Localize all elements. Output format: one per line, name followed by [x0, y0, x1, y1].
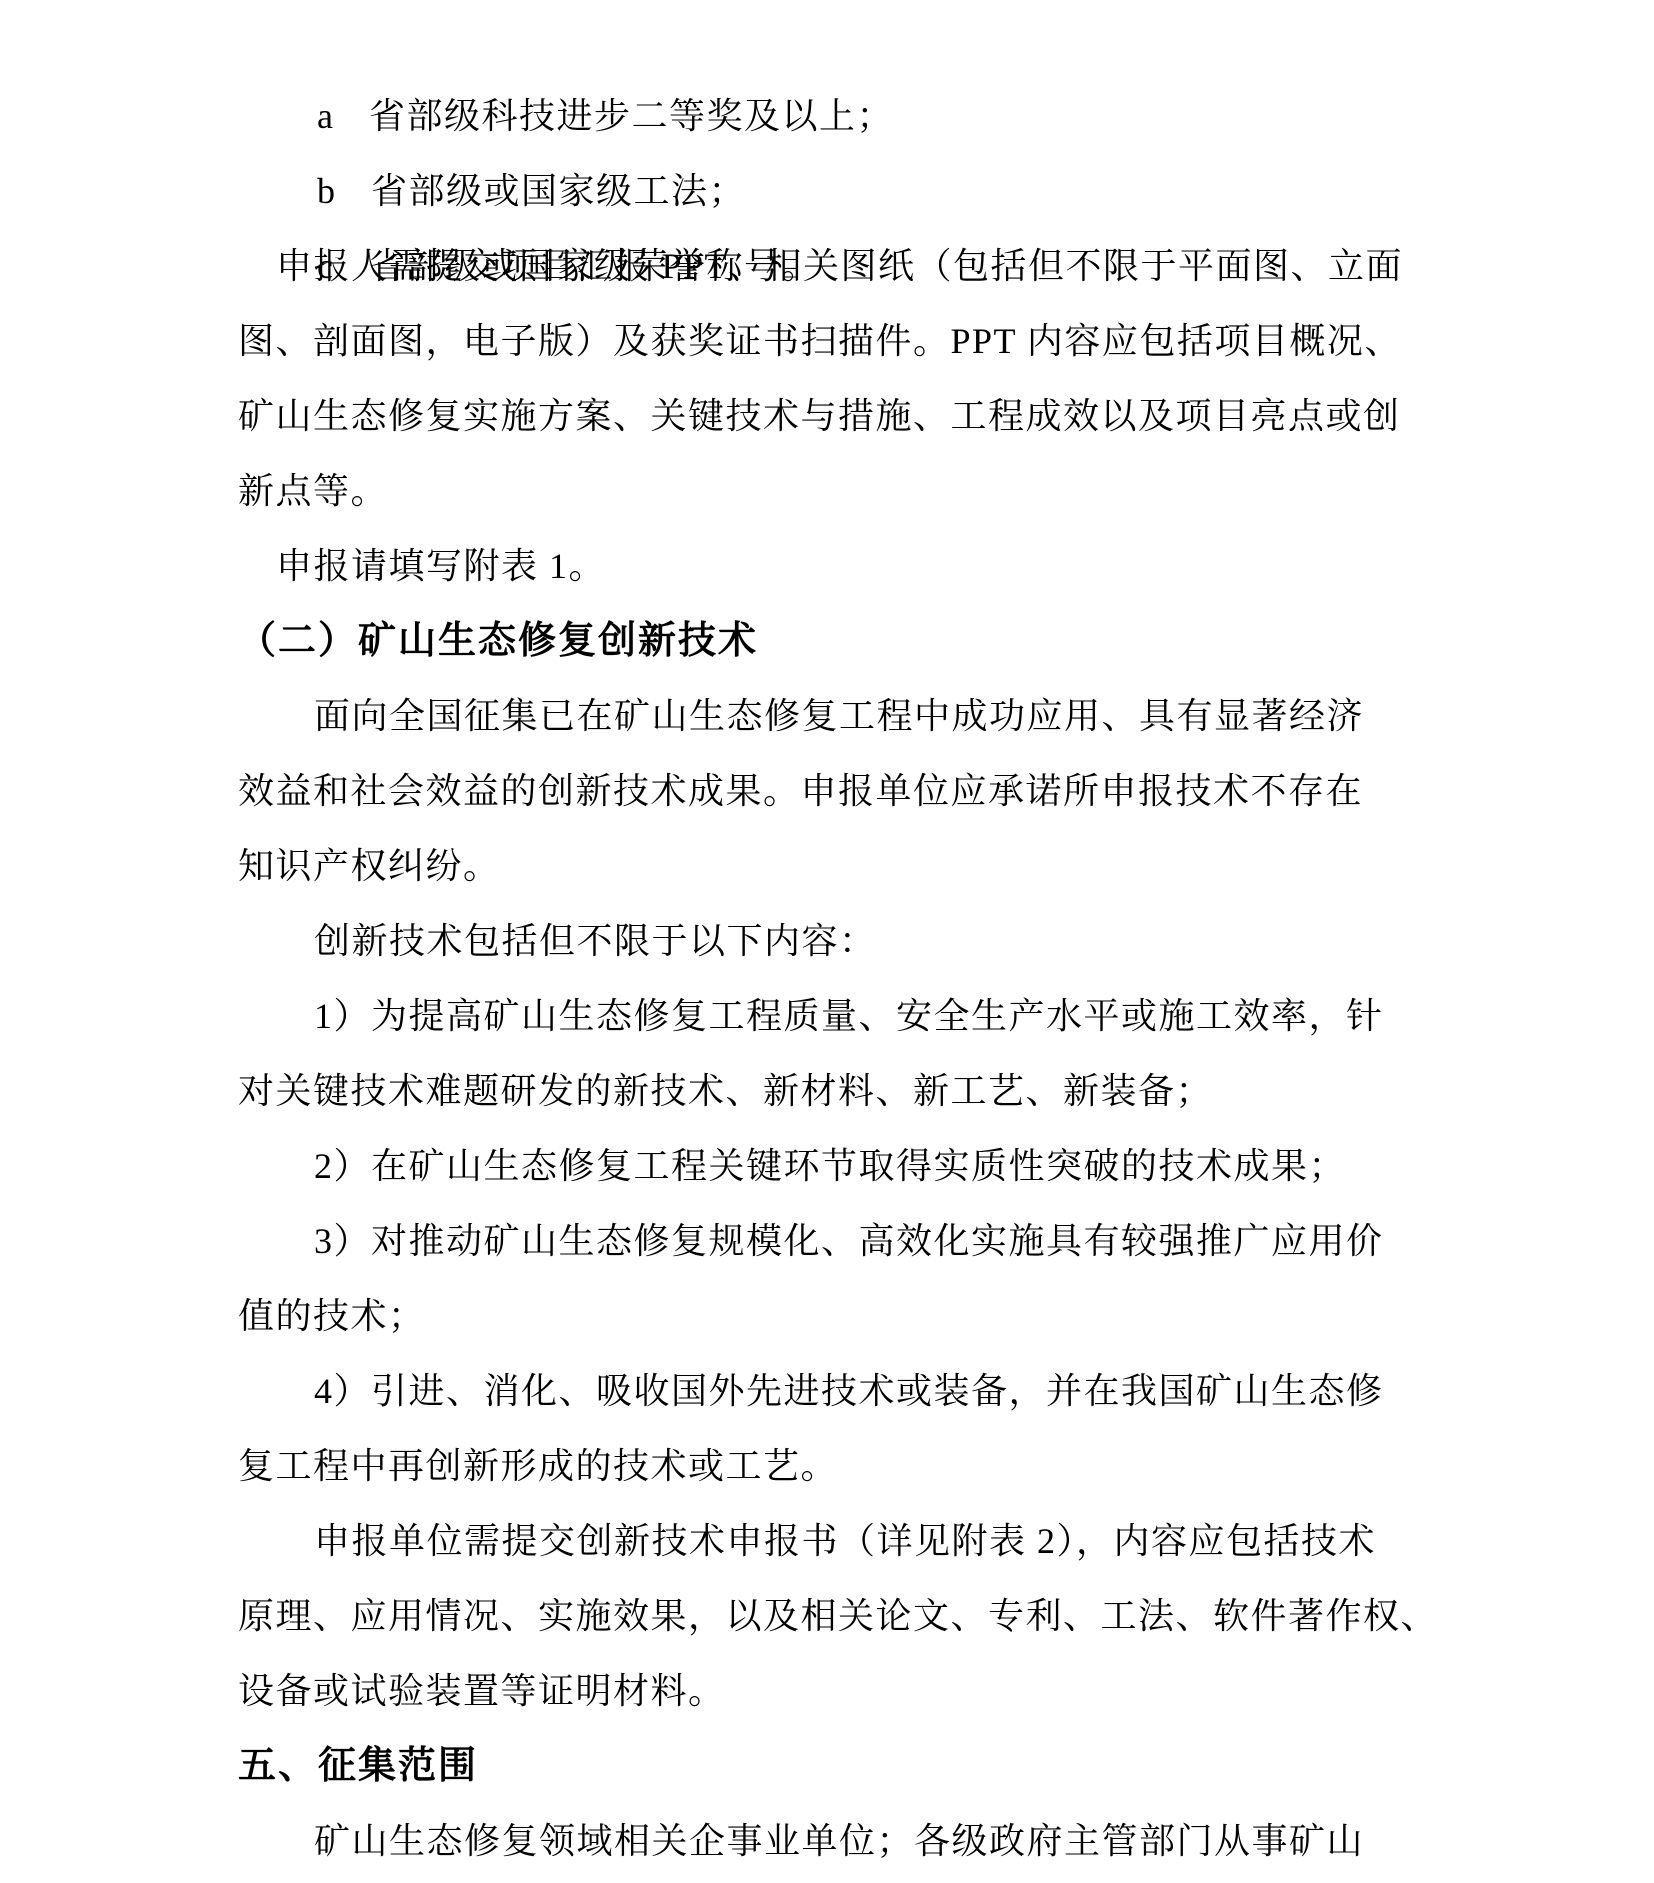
- text-line: 申报单位需提交创新技术申报书（详见附表 2），内容应包括技术: [238, 1504, 1426, 1579]
- numbered-item-line: 2）在矿山生态修复工程关键环节取得实质性突破的技术成果；: [238, 1129, 1426, 1204]
- text-line: 复工程中再创新形成的技术或工艺。: [238, 1429, 1426, 1504]
- numbered-item-line: 3）对推动矿山生态修复规模化、高效化实施具有较强推广应用价: [238, 1204, 1426, 1279]
- text-line: 设备或试验装置等证明材料。: [238, 1654, 1426, 1729]
- document-page: a省部级科技进步二等奖及以上； b省部级或国家级工法； c省部级或国家级荣誉称号…: [0, 0, 1654, 1883]
- section-heading: 五、征集范围: [238, 1729, 1426, 1804]
- numbered-item-line: 1）为提高矿山生态修复工程质量、安全生产水平或施工效率，针: [238, 979, 1426, 1054]
- list-marker: b: [317, 154, 335, 229]
- text-line: 知识产权纠纷。: [238, 829, 1426, 904]
- list-marker: a: [317, 79, 333, 154]
- text-line: 面向全国征集已在矿山生态修复工程中成功应用、具有显著经济: [238, 679, 1426, 754]
- numbered-item-line: 4）引进、消化、吸收国外先进技术或装备，并在我国矿山生态修: [238, 1354, 1426, 1429]
- subsection-heading: （二）矿山生态修复创新技术: [238, 604, 1426, 679]
- text-line: 值的技术；: [238, 1279, 1426, 1354]
- text-line: 效益和社会效益的创新技术成果。申报单位应承诺所申报技术不存在: [238, 754, 1426, 829]
- list-item-text: 省部级或国家级工法；: [371, 171, 746, 211]
- list-item: a省部级科技进步二等奖及以上；: [238, 4, 1426, 79]
- text-line: 申报请填写附表 1。: [238, 529, 1426, 604]
- text-line: 图、剖面图，电子版）及获奖证书扫描件。PPT 内容应包括项目概况、: [238, 304, 1426, 379]
- text-line: 创新技术包括但不限于以下内容：: [238, 904, 1426, 979]
- text-line: 新点等。: [238, 454, 1426, 529]
- text-line: 矿山生态修复领域相关企事业单位；各级政府主管部门从事矿山: [238, 1804, 1426, 1879]
- text-line: 矿山生态修复实施方案、关键技术与措施、工程成效以及项目亮点或创: [238, 379, 1426, 454]
- text-line: 原理、应用情况、实施效果，以及相关论文、专利、工法、软件著作权、: [238, 1579, 1426, 1654]
- text-line: 申报人需提交项目汇报 PPT、相关图纸（包括但不限于平面图、立面: [238, 229, 1426, 304]
- text-line: 对关键技术难题研发的新技术、新材料、新工艺、新装备；: [238, 1054, 1426, 1129]
- list-item-text: 省部级科技进步二等奖及以上；: [369, 96, 894, 136]
